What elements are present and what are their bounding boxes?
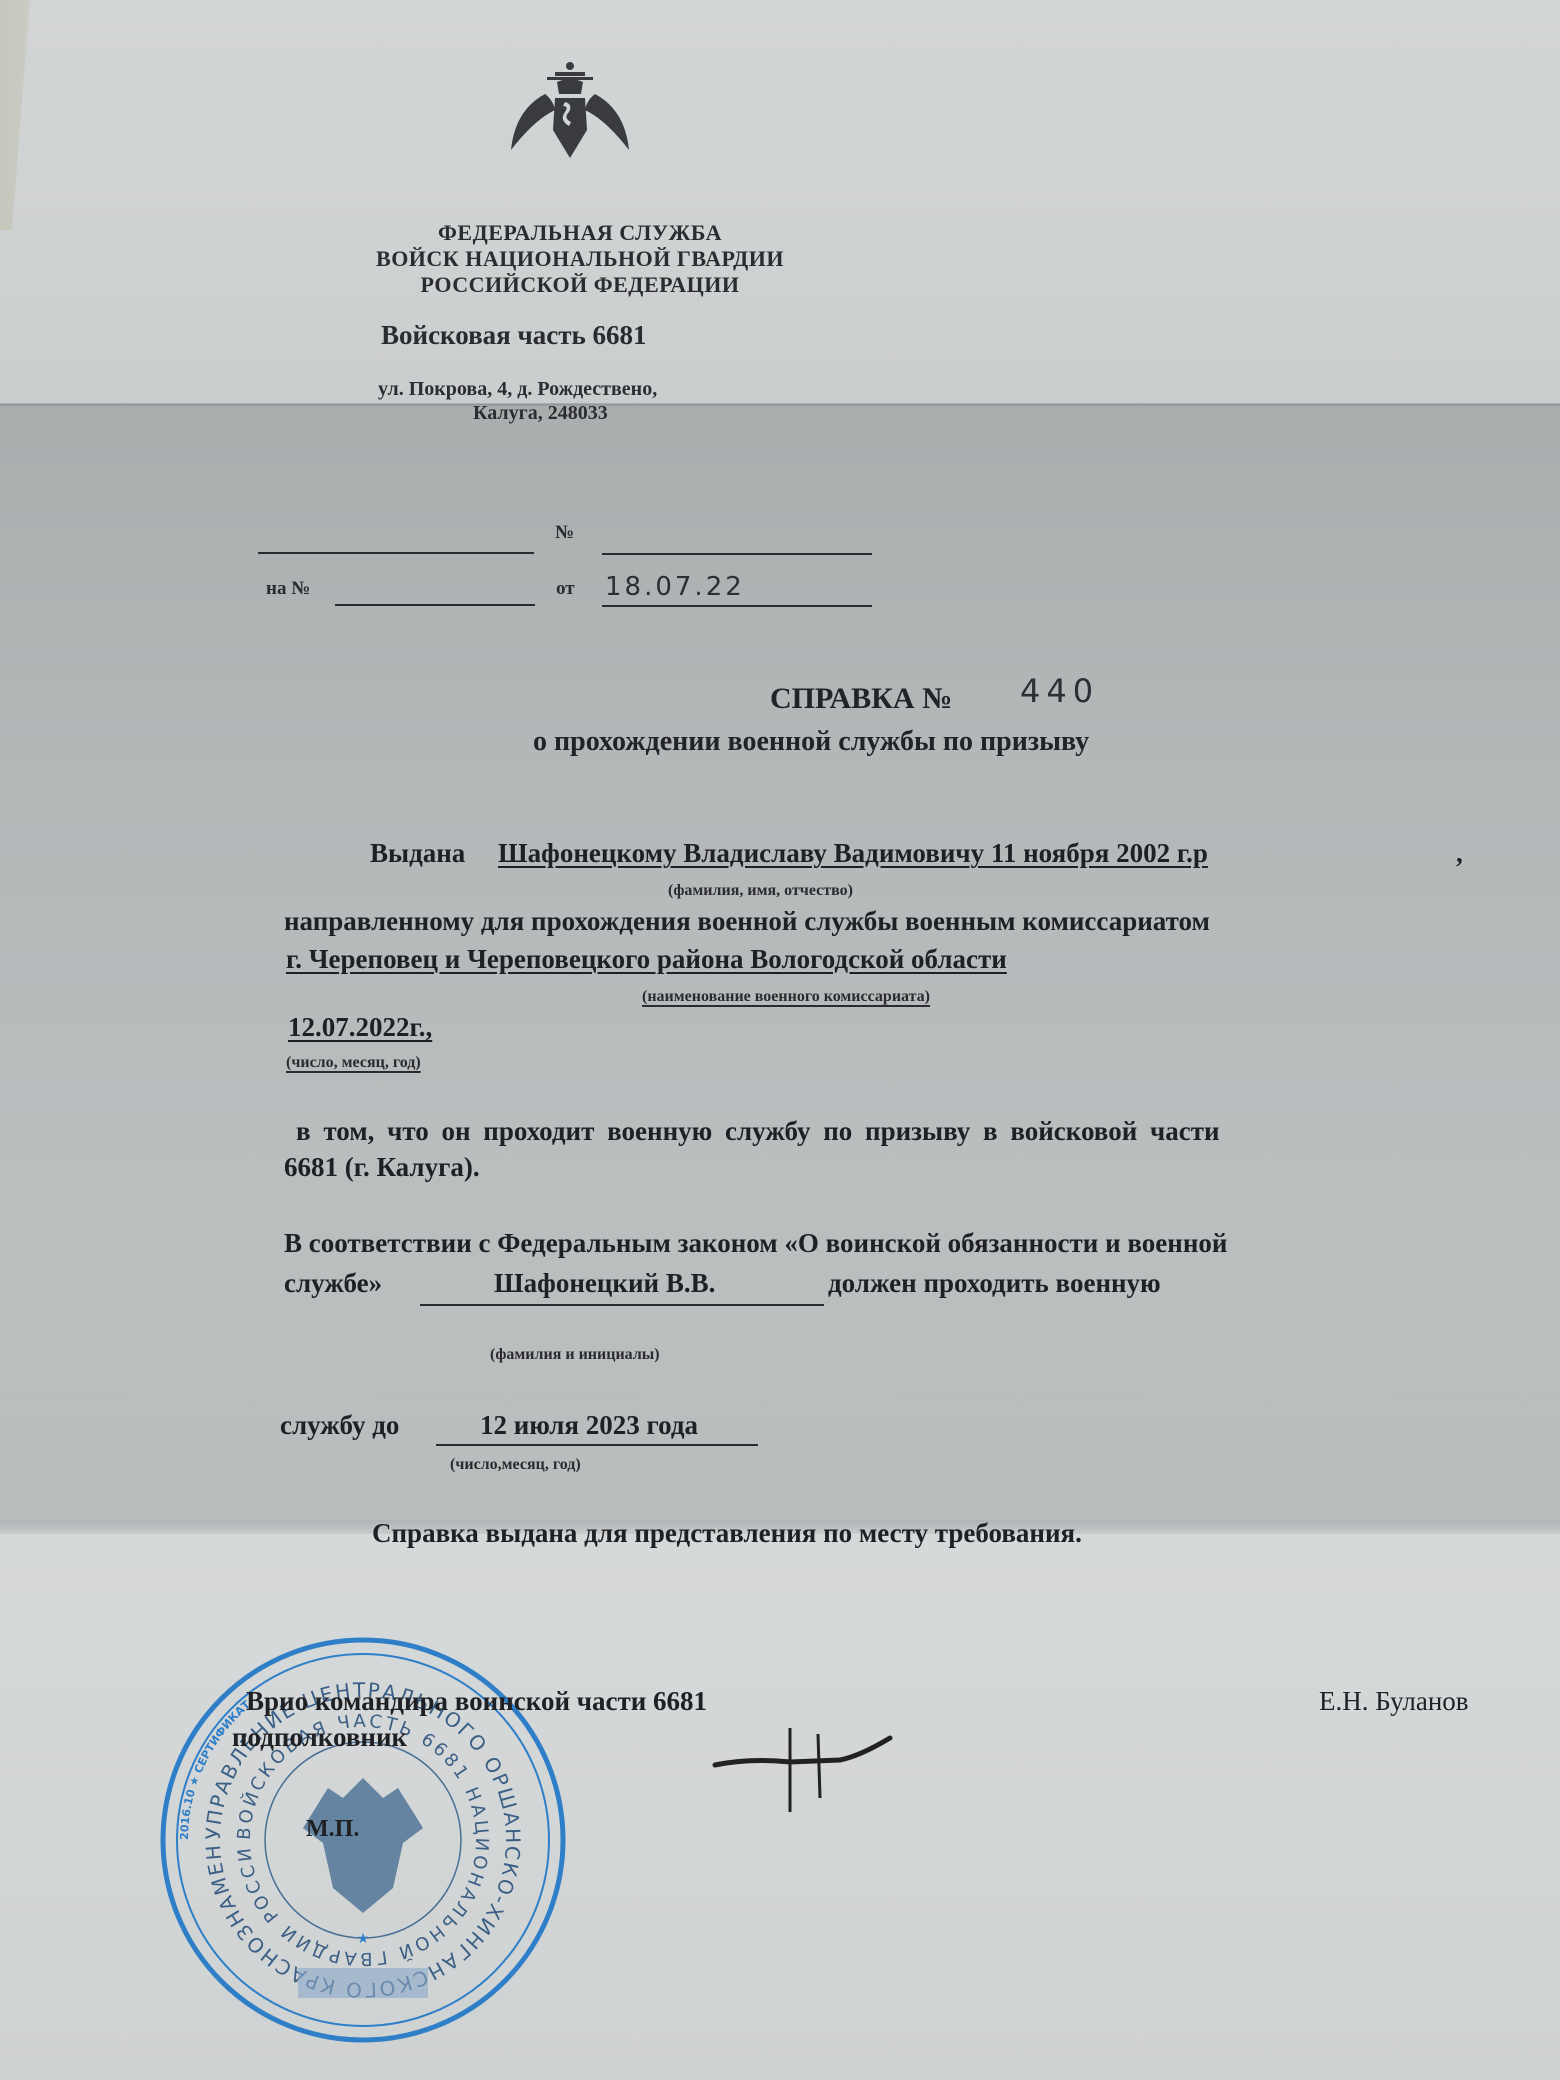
address-line2: Калуга, 248033	[473, 402, 608, 425]
document-photo: ФЕДЕРАЛЬНАЯ СЛУЖБА ВОЙСК НАЦИОНАЛЬНОЙ ГВ…	[0, 0, 1560, 2080]
unit-name: Войсковая часть 6681	[381, 320, 647, 351]
sent-by-text: направленному для прохождения военной сл…	[284, 906, 1210, 937]
org-name-line2: ВОЙСК НАЦИОНАЛЬНОЙ ГВАРДИИ	[300, 246, 860, 272]
signatory-rank: подполковник	[232, 1722, 407, 1753]
certificate-subtitle: о прохождении военной службы по призыву	[533, 726, 1089, 758]
fio-caption: (фамилия, имя, отчество)	[668, 882, 853, 900]
law-text-suffix: должен проходить военную	[828, 1268, 1161, 1299]
signatory-position-line1: Врио командира воинской части 6681	[246, 1686, 707, 1717]
number-label: №	[555, 522, 574, 544]
commissariat-value: г. Череповец и Череповецкого района Воло…	[286, 944, 1007, 975]
conscription-date-caption: (число, месяц, год)	[286, 1054, 421, 1072]
until-label: службу до	[280, 1410, 399, 1441]
until-date-line	[436, 1444, 758, 1446]
svg-text:ВОЙСКОВАЯ ЧАСТЬ 6681 НАЦИОНАЛЬ: ВОЙСКОВАЯ ЧАСТЬ 6681 НАЦИОНАЛЬНОЙ ГВАРДИ…	[148, 1628, 492, 1969]
address-line1: ул. Покрова, 4, д. Рождествено,	[378, 378, 657, 401]
service-text-line1: в том, что он проходит военную службу по…	[296, 1116, 1220, 1147]
issued-to-value: Шафонецкому Владиславу Вадимовичу 11 ноя…	[498, 838, 1208, 869]
paper-fold-top	[0, 402, 1560, 406]
until-date-caption: (число,месяц, год)	[450, 1456, 581, 1474]
surname-caption: (фамилия и инициалы)	[490, 1346, 660, 1364]
svg-text:★: ★	[357, 1931, 370, 1947]
ref-number-line	[335, 604, 535, 606]
signatory-name: Е.Н. Буланов	[1319, 1686, 1469, 1717]
conscription-date-value: 12.07.2022г.,	[288, 1012, 432, 1043]
surname-line	[420, 1304, 824, 1306]
certificate-title: СПРАВКА №	[770, 682, 952, 716]
paper-top-panel	[0, 0, 1560, 404]
seal-place-label: М.П.	[306, 1816, 359, 1843]
surname-initials-value: Шафонецкий В.В.	[494, 1268, 715, 1299]
issued-comma: ,	[1456, 838, 1463, 869]
rosgvardia-emblem-icon	[505, 60, 635, 160]
org-name-line3: РОССИЙСКОЙ ФЕДЕРАЦИИ	[300, 272, 860, 298]
ref-number-label: на №	[266, 578, 310, 600]
handwritten-signature-icon	[710, 1720, 900, 1815]
org-name-line1: ФЕДЕРАЛЬНАЯ СЛУЖБА	[300, 220, 860, 246]
commissariat-caption: (наименование военного комиссариата)	[642, 988, 930, 1006]
law-text-prefix: службе»	[284, 1268, 382, 1299]
from-label: от	[556, 578, 575, 600]
outgoing-date-line	[258, 552, 534, 554]
from-date-handwritten: 18.07.22	[605, 572, 745, 602]
outgoing-number-line	[602, 553, 872, 555]
from-date-line	[602, 605, 872, 607]
service-text-line2: 6681 (г. Калуга).	[284, 1152, 480, 1183]
issued-label: Выдана	[370, 838, 465, 869]
law-text-line1: В соответствии с Федеральным законом «О …	[284, 1228, 1227, 1259]
purpose-text: Справка выдана для представления по мест…	[372, 1518, 1082, 1549]
until-date-value: 12 июля 2023 года	[480, 1410, 698, 1441]
certificate-number-handwritten: 440	[1020, 672, 1099, 710]
